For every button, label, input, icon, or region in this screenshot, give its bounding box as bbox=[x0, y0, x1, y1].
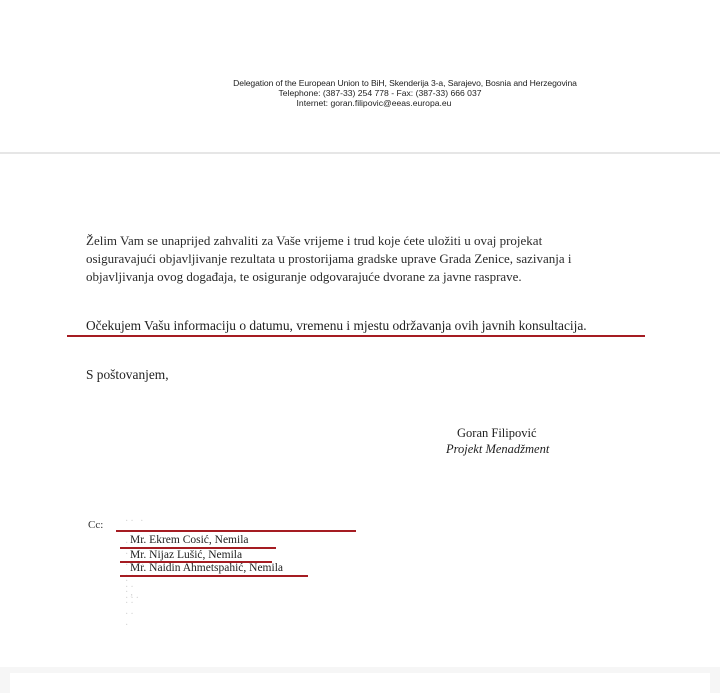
body-paragraph: Želim Vam se unaprijed zahvaliti za Vaše… bbox=[86, 232, 638, 286]
cc-item: Mr. Nijaz Lušić, Nemila bbox=[130, 548, 242, 562]
cc-label: Cc: bbox=[88, 519, 103, 531]
cc-redacted-line: · ·, ·· ·· · bbox=[125, 576, 136, 631]
letterhead-email: Internet: goran.filipovic@eeas.europa.eu bbox=[0, 98, 720, 108]
red-underline-annotation bbox=[120, 575, 308, 577]
signer-name: Goran Filipović bbox=[446, 425, 549, 441]
letterhead-address: Delegation of the European Union to BiH,… bbox=[0, 78, 720, 88]
letterhead: Delegation of the European Union to BiH,… bbox=[0, 78, 720, 108]
red-underline-annotation bbox=[67, 335, 645, 337]
page-divider bbox=[0, 152, 720, 154]
signer-role: Projekt Menadžment bbox=[446, 441, 549, 457]
paragraph-line: Želim Vam se unaprijed zahvaliti za Vaše… bbox=[86, 232, 638, 250]
red-underline-annotation bbox=[116, 530, 356, 532]
paragraph-line: objavljivanja ovog događaja, te osiguran… bbox=[86, 268, 638, 286]
cc-item: Mr. Ekrem Cosić, Nemila bbox=[130, 533, 249, 547]
cc-item: Mr. Naidin Ahmetspahić, Nemila bbox=[130, 561, 283, 575]
paragraph-line: osiguravajući objavljivanje rezultata u … bbox=[86, 250, 638, 268]
request-sentence: Očekujem Vašu informaciju o datumu, vrem… bbox=[86, 317, 587, 335]
closing-salutation: S poštovanjem, bbox=[86, 367, 169, 383]
letterhead-phone-fax: Telephone: (387-33) 254 778 - Fax: (387-… bbox=[0, 88, 720, 98]
next-page-edge bbox=[10, 673, 710, 693]
signature-block: Goran Filipović Projekt Menadžment bbox=[446, 425, 549, 457]
